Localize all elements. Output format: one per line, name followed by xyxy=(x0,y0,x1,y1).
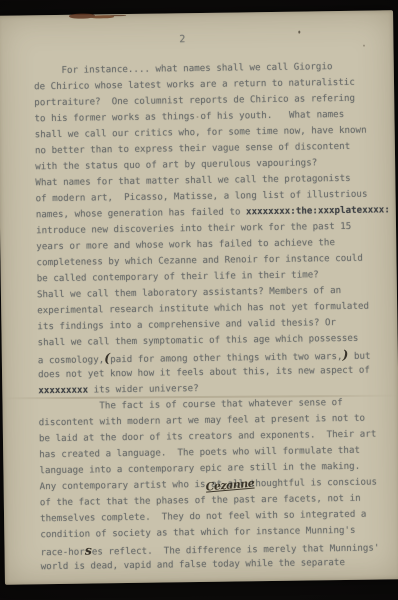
typed-text: completeness by which Cezanne and Renoir… xyxy=(36,253,362,269)
typed-text: de Chirico whose latest works are a retu… xyxy=(34,77,355,92)
typed-text: of modern art, Picasso, Matisse, a long … xyxy=(36,189,368,205)
typed-text: with the status quo of art by querulous … xyxy=(35,157,317,172)
typed-text: themselves complete. They do not feel wi… xyxy=(40,509,366,525)
typed-text: does not yet know how it feels about thi… xyxy=(38,365,370,381)
paper-speck xyxy=(298,31,300,34)
typed-text: portraiture? One columnist reports de Ch… xyxy=(34,93,355,108)
top-edge-stain xyxy=(69,13,95,18)
typed-text: names, whose generation has failed to xyxy=(36,206,246,220)
paper-speck xyxy=(363,45,364,47)
typed-text: condition of society as that which for i… xyxy=(40,525,355,540)
typed-text: its wider universe? xyxy=(88,383,199,396)
typed-text: shall we call them symptomatic of this a… xyxy=(38,333,359,348)
typed-text: The fact is of course that whatever sens… xyxy=(38,397,342,412)
typed-text: world is dead, vapid and false today whi… xyxy=(41,557,345,572)
typed-text: has created a language. The poets who wi… xyxy=(39,445,360,460)
typed-lines: For instance.... what names shall we cal… xyxy=(34,58,385,575)
typed-text: be laid at the door of its creators and … xyxy=(39,429,377,445)
typed-text: be called contemporary of their life in … xyxy=(37,269,319,284)
typed-line: world is dead, vapid and false today whi… xyxy=(41,554,385,575)
paper-sheet: 2 For instance.... what names shall we c… xyxy=(0,10,398,584)
typed-text: its findings into a comprehensive and va… xyxy=(37,317,336,332)
typed-strikeout: xxxxxxxxx xyxy=(38,385,88,397)
typed-text: discontent with modern art we may feel a… xyxy=(39,413,365,429)
typed-text: What names for that matter shall we call… xyxy=(35,173,350,188)
typed-text: introduce new discoveries into their wor… xyxy=(36,221,351,236)
typed-text: a cosmology, xyxy=(38,354,105,366)
typed-text: of the fact that the phases of the past … xyxy=(40,493,361,508)
typed-text: years or more and whose work has failed … xyxy=(36,237,335,252)
typed-text: experimental research institute which ha… xyxy=(37,301,369,317)
page-number: 2 xyxy=(179,34,185,45)
typed-text: race-hor xyxy=(40,547,84,559)
typed-text: but xyxy=(348,351,370,362)
typed-text: shall we call our critics who, for some … xyxy=(35,125,367,141)
typed-strikeout: xxxxxxxx:the:xxxplatexxxx: xyxy=(246,204,390,217)
typed-text: For instance.... what names shall we cal… xyxy=(34,61,333,76)
typed-text: Shall we call them laboratory assistants… xyxy=(37,285,341,300)
typed-text: to his former works as things of his you… xyxy=(34,109,344,124)
typed-text: language into a contemporary epic are st… xyxy=(39,461,360,476)
typed-text: no better than to express their vague se… xyxy=(35,141,350,156)
